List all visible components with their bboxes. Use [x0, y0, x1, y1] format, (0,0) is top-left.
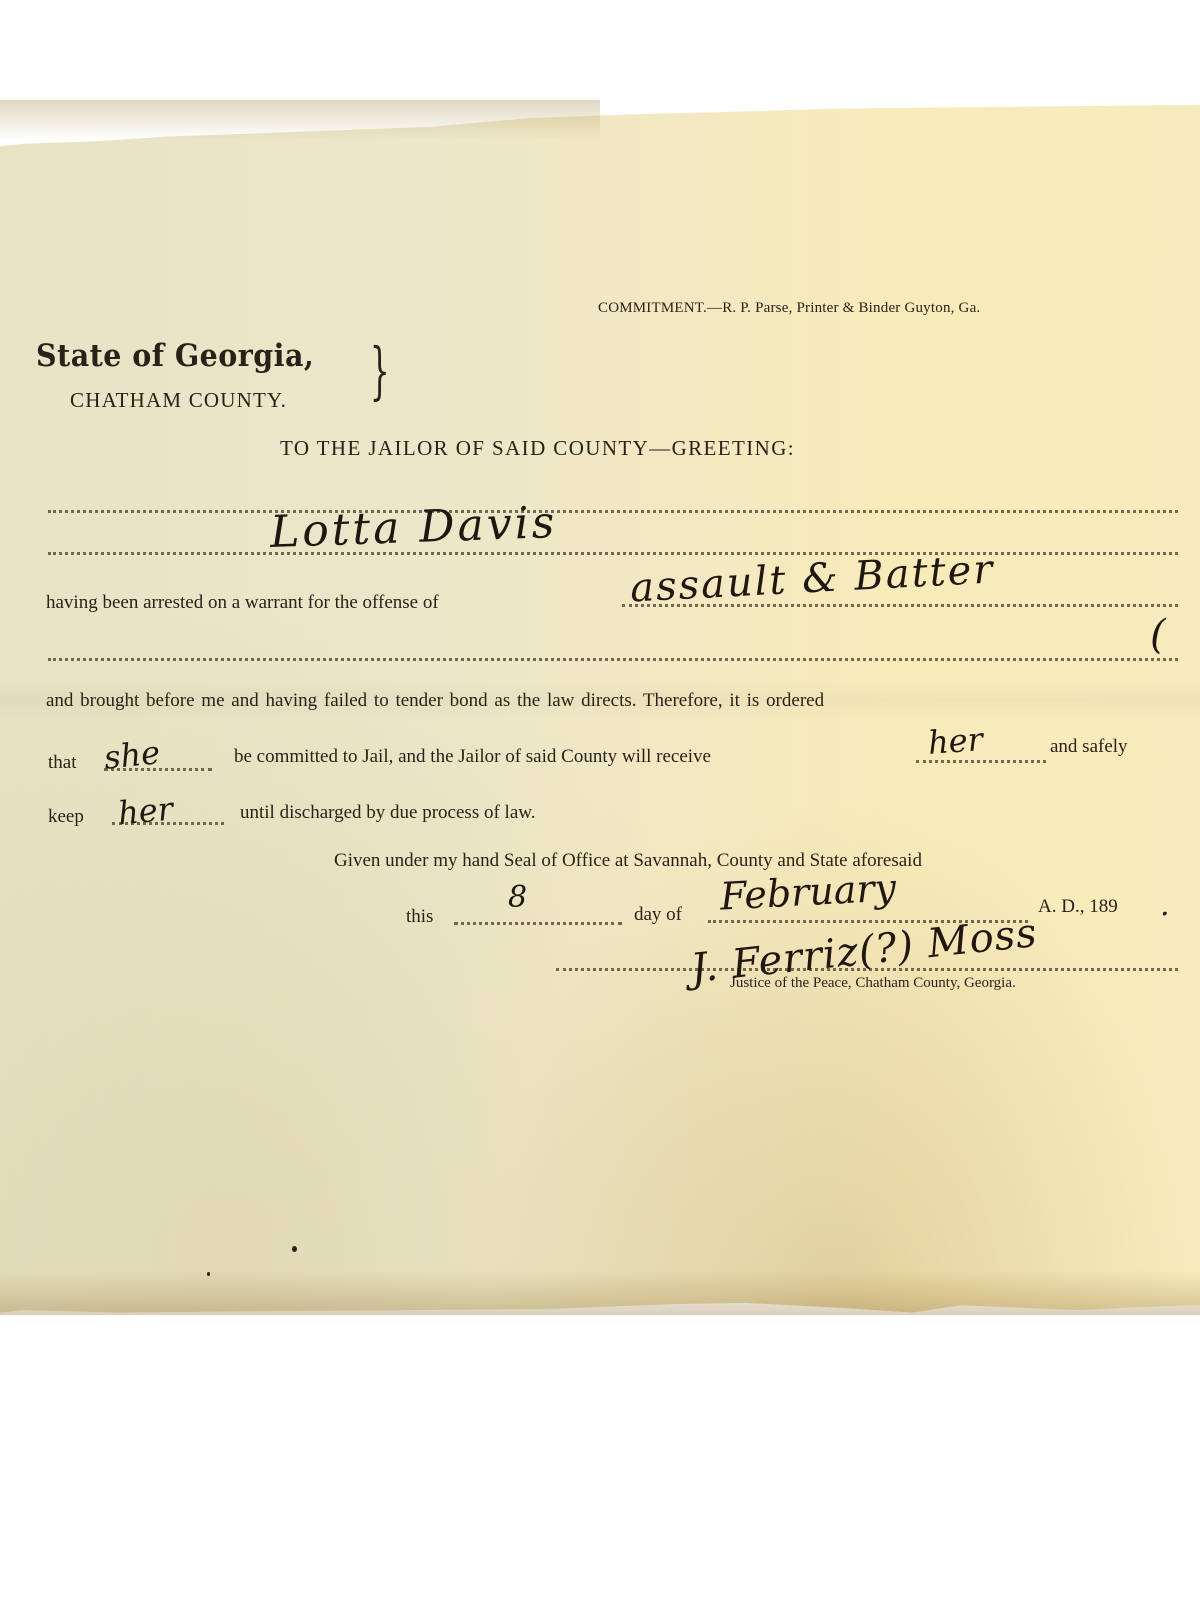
- ad-year-text: A. D., 189: [1038, 896, 1118, 918]
- signature-caption: Justice of the Peace, Chatham County, Ge…: [730, 975, 1016, 992]
- name-dotted-line-2: [48, 552, 1178, 555]
- defendant-name: Lotta Davis: [269, 497, 558, 558]
- day-of-text: day of: [634, 904, 682, 926]
- brought-text: and brought before me and having failed …: [46, 690, 824, 712]
- that-text: that: [48, 752, 77, 774]
- pronoun-that: she: [102, 733, 162, 777]
- printer-imprint: COMMITMENT.—R. P. Parse, Printer & Binde…: [598, 300, 980, 317]
- greeting-line: TO THE JAILOR OF SAID COUNTY—GREETING:: [280, 436, 795, 461]
- header-brace: }: [370, 340, 390, 402]
- day-value: 8: [508, 880, 527, 915]
- pronoun-receive: her: [927, 720, 984, 762]
- offense-continuation-mark: (: [1150, 612, 1166, 658]
- day-dotted-line: [454, 922, 622, 925]
- ink-speck: [207, 1272, 210, 1276]
- name-dotted-line-1: [48, 510, 1178, 513]
- month-value: February: [719, 865, 897, 918]
- safely-text: and safely: [1050, 736, 1128, 758]
- offense-dotted-line-2: [48, 658, 1178, 661]
- pronoun-keep: her: [116, 790, 174, 833]
- committed-text: be committed to Jail, and the Jailor of …: [234, 746, 711, 768]
- ink-speck: [292, 1246, 297, 1252]
- county-title: CHATHAM COUNTY.: [70, 388, 287, 413]
- this-text: this: [406, 906, 433, 928]
- arrested-text: having been arrested on a warrant for th…: [46, 592, 439, 614]
- keep-text: keep: [48, 806, 84, 828]
- state-title: State of Georgia,: [36, 338, 314, 374]
- year-suffix: .: [1160, 888, 1170, 923]
- discharged-text: until discharged by due process of law.: [240, 802, 535, 824]
